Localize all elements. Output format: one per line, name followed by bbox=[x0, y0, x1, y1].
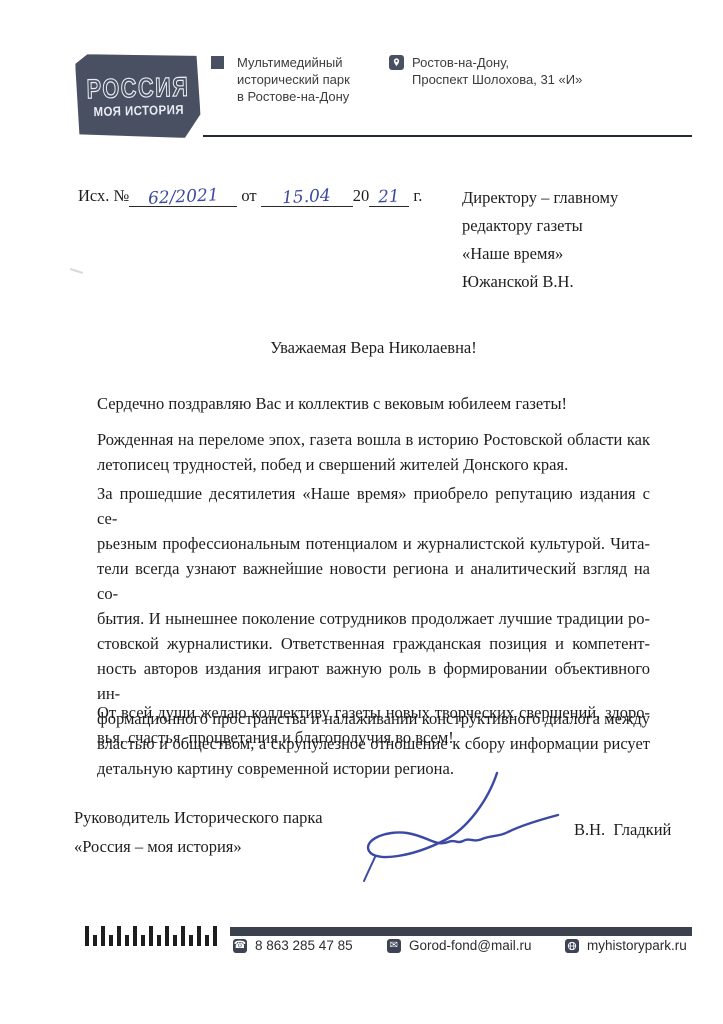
signer-title: Руководитель Исторического парка«Россия … bbox=[74, 803, 323, 861]
organization-address: Ростов-на-Дону,Проспект Шолохова, 31 «И» bbox=[412, 54, 582, 88]
paragraph-1: Сердечно поздравляю Вас и коллектив с ве… bbox=[97, 391, 650, 416]
paragraph-4: От всей души желаю коллективу газеты нов… bbox=[97, 700, 650, 750]
addressee-block: Директору – главномуредактору газеты«Наш… bbox=[462, 184, 618, 296]
handwritten-date: 15.04 bbox=[282, 186, 332, 209]
phone-icon: ☎ bbox=[233, 939, 247, 953]
signature-scribble bbox=[350, 770, 560, 890]
ref-date-field: 15.04 bbox=[261, 186, 353, 207]
header-divider bbox=[203, 135, 692, 137]
email-icon: ✉ bbox=[387, 939, 401, 953]
globe-icon bbox=[565, 939, 579, 953]
footer-email: ✉ Gorod-fond@mail.ru bbox=[387, 938, 532, 953]
barcode-marks bbox=[85, 924, 217, 946]
logo-line-1: РОССИЯ bbox=[86, 74, 189, 102]
email-address: Gorod-fond@mail.ru bbox=[409, 938, 532, 953]
signer-name: В.Н. Гладкий bbox=[574, 820, 671, 840]
footer-divider-bar bbox=[230, 927, 692, 936]
map-pin-icon bbox=[389, 55, 404, 70]
square-bullet-icon bbox=[211, 56, 224, 69]
paragraph-2: Рожденная на переломе эпох, газета вошла… bbox=[97, 427, 650, 477]
footer-website: myhistorypark.ru bbox=[565, 938, 687, 953]
outgoing-reference-line: Исх. №62/2021 от 15.042021 г. bbox=[78, 186, 422, 207]
ref-label-ot: от bbox=[241, 186, 256, 205]
ref-label-g: г. bbox=[413, 186, 422, 205]
phone-number: 8 863 285 47 85 bbox=[255, 938, 353, 953]
logo-line-2: МОЯ ИСТОРИЯ bbox=[93, 102, 184, 117]
ref-label-prefix: Исх. № bbox=[78, 186, 129, 205]
organization-name: Мультимедийныйисторический паркв Ростове… bbox=[237, 54, 350, 105]
ref-label-year-prefix: 20 bbox=[353, 186, 370, 205]
handwritten-ref-number: 62/2021 bbox=[148, 185, 220, 209]
scan-smudge bbox=[70, 268, 83, 274]
salutation: Уважаемая Вера Николаевна! bbox=[97, 338, 650, 358]
russia-my-history-logo: РОССИЯ МОЯ ИСТОРИЯ bbox=[75, 51, 201, 140]
ref-year-field: 21 bbox=[369, 186, 409, 207]
ref-number-field: 62/2021 bbox=[129, 186, 237, 207]
scanned-letter-page: РОССИЯ МОЯ ИСТОРИЯ Мультимедийныйисторич… bbox=[0, 0, 723, 1024]
footer-phone: ☎ 8 863 285 47 85 bbox=[233, 938, 353, 953]
website-url: myhistorypark.ru bbox=[587, 938, 687, 953]
handwritten-year: 21 bbox=[378, 186, 401, 207]
